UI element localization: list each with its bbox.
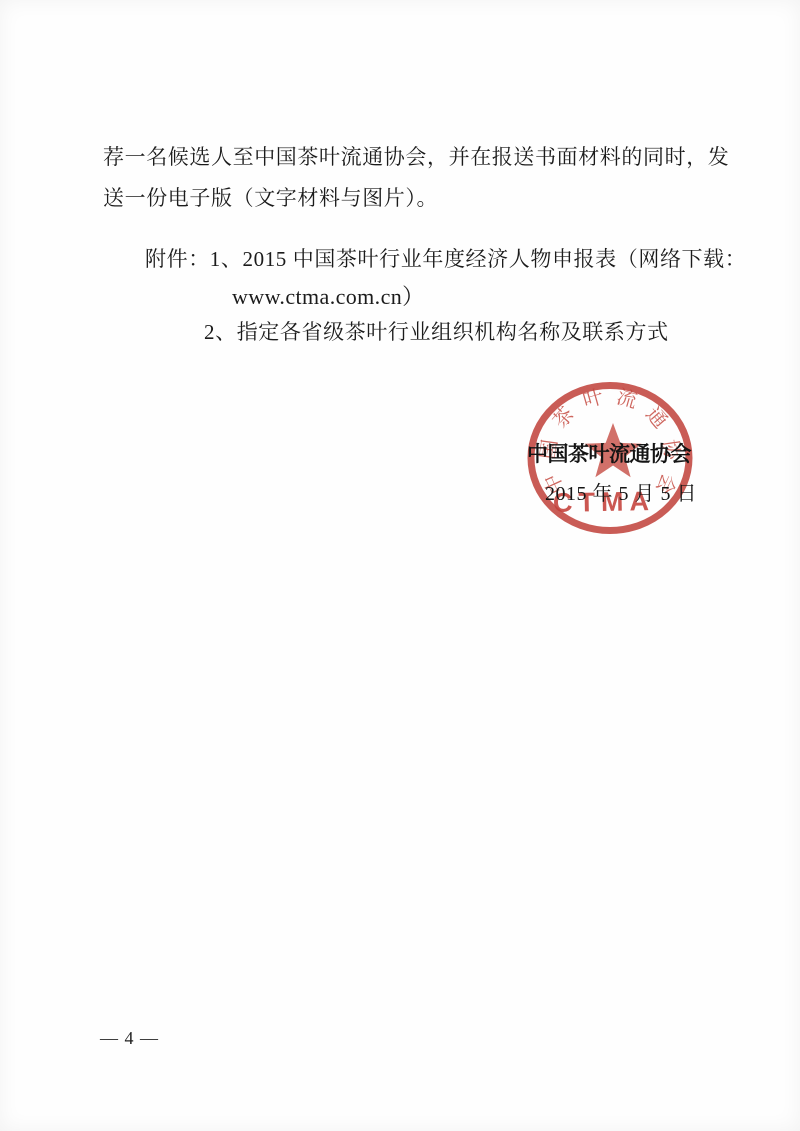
- body-line-1: 荐一名候选人至中国茶叶流通协会，并在报送书面材料的同时，发: [103, 141, 729, 171]
- body-line-2: 送一份电子版（文字材料与图片）。: [103, 182, 438, 212]
- attachment-line-1: 附件：1、2015 中国茶叶行业年度经济人物申报表（网络下载：: [145, 243, 746, 273]
- attachment-line-3: 2、指定各省级茶叶行业组织机构名称及联系方式: [204, 316, 669, 346]
- document-page: 荐一名候选人至中国茶叶流通协会，并在报送书面材料的同时，发 送一份电子版（文字材…: [0, 0, 800, 1131]
- attachment-line-2-url: www.ctma.com.cn）: [232, 280, 425, 311]
- signature-org-name: 中国茶叶流通协会: [527, 438, 691, 468]
- page-number: — 4 —: [100, 1028, 159, 1049]
- signature-date: 2015 年 5 月 5 日: [545, 477, 697, 506]
